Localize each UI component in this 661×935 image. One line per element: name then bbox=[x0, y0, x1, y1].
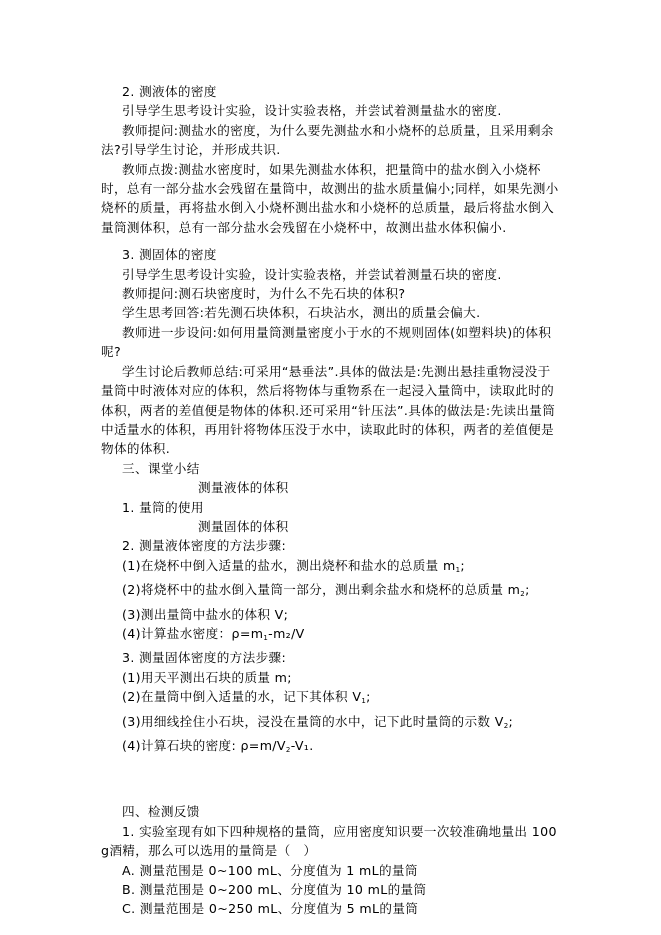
summary-item-1: 1. 量筒的使用 bbox=[101, 498, 561, 517]
liquid-steps-title: 2. 测量液体密度的方法步骤: bbox=[101, 536, 561, 555]
paragraph: 引导学生思考设计实验，设计实验表格，并尝试着测量石块的密度. bbox=[101, 265, 561, 284]
summary-sub-solid: 测量固体的体积 bbox=[101, 517, 561, 536]
solid-steps-title: 3. 测量固体密度的方法步骤: bbox=[101, 648, 561, 667]
feedback-heading: 四、检测反馈 bbox=[101, 802, 561, 821]
paragraph: 学生思考回答:若先测石块体积，石块沾水，测出的质量会偏大. bbox=[101, 303, 561, 322]
liquid-step: (3)测出量筒中盐水的体积 V; bbox=[101, 605, 561, 624]
solid-step: (3)用细线拴住小石块，浸没在量筒的水中，记下此时量筒的示数 V2; bbox=[101, 712, 561, 736]
paragraph: 引导学生思考设计实验，设计实验表格，并尝试着测量盐水的密度. bbox=[101, 101, 561, 120]
option-a: A. 测量范围是 0~100 mL、分度值为 1 mL的量筒 bbox=[101, 861, 561, 880]
option-b: B. 测量范围是 0~200 mL、分度值为 10 mL的量筒 bbox=[101, 880, 561, 899]
paragraph: 教师提问:测盐水的密度，为什么要先测盐水和小烧杯的总质量，且采用剩余法?引导学生… bbox=[101, 121, 561, 160]
section-solid-heading: 3. 测固体的密度 bbox=[101, 245, 561, 264]
summary-sub-liquid: 测量液体的体积 bbox=[101, 478, 561, 497]
paragraph: 学生讨论后教师总结:可采用“悬垂法”.具体的做法是:先测出悬挂重物浸没于量筒中时… bbox=[101, 362, 561, 459]
solid-step: (2)在量筒中倒入适量的水，记下其体积 V1; bbox=[101, 687, 561, 711]
liquid-step: (2)将烧杯中的盐水倒入量筒一部分，测出剩余盐水和烧杯的总质量 m2; bbox=[101, 580, 561, 604]
liquid-step: (4)计算盐水密度：ρ=m1-m₂/V bbox=[101, 624, 561, 648]
solid-step: (4)计算石块的密度: ρ=m/V2-V₁. bbox=[101, 736, 561, 760]
document-page: 2. 测液体的密度 引导学生思考设计实验，设计实验表格，并尝试着测量盐水的密度.… bbox=[101, 82, 561, 919]
solid-step: (1)用天平测出石块的质量 m; bbox=[101, 668, 561, 687]
question-1: 1. 实验室现有如下四种规格的量筒，应用密度知识要一次较准确地量出 100 g酒… bbox=[101, 822, 561, 861]
option-c: C. 测量范围是 0~250 mL、分度值为 5 mL的量筒 bbox=[101, 899, 561, 918]
paragraph: 教师提问:测石块密度时，为什么不先石块的体积? bbox=[101, 284, 561, 303]
section-liquid-heading: 2. 测液体的密度 bbox=[101, 82, 561, 101]
paragraph: 教师点拨:测盐水密度时，如果先测盐水体积，把量筒中的盐水倒入小烧杯时，总有一部分… bbox=[101, 160, 561, 238]
paragraph: 教师进一步设问:如何用量筒测量密度小于水的不规则固体(如塑料块)的体积呢? bbox=[101, 323, 561, 362]
class-summary-heading: 三、课堂小结 bbox=[101, 459, 561, 478]
liquid-step: (1)在烧杯中倒入适量的盐水，测出烧杯和盐水的总质量 m1; bbox=[101, 556, 561, 580]
